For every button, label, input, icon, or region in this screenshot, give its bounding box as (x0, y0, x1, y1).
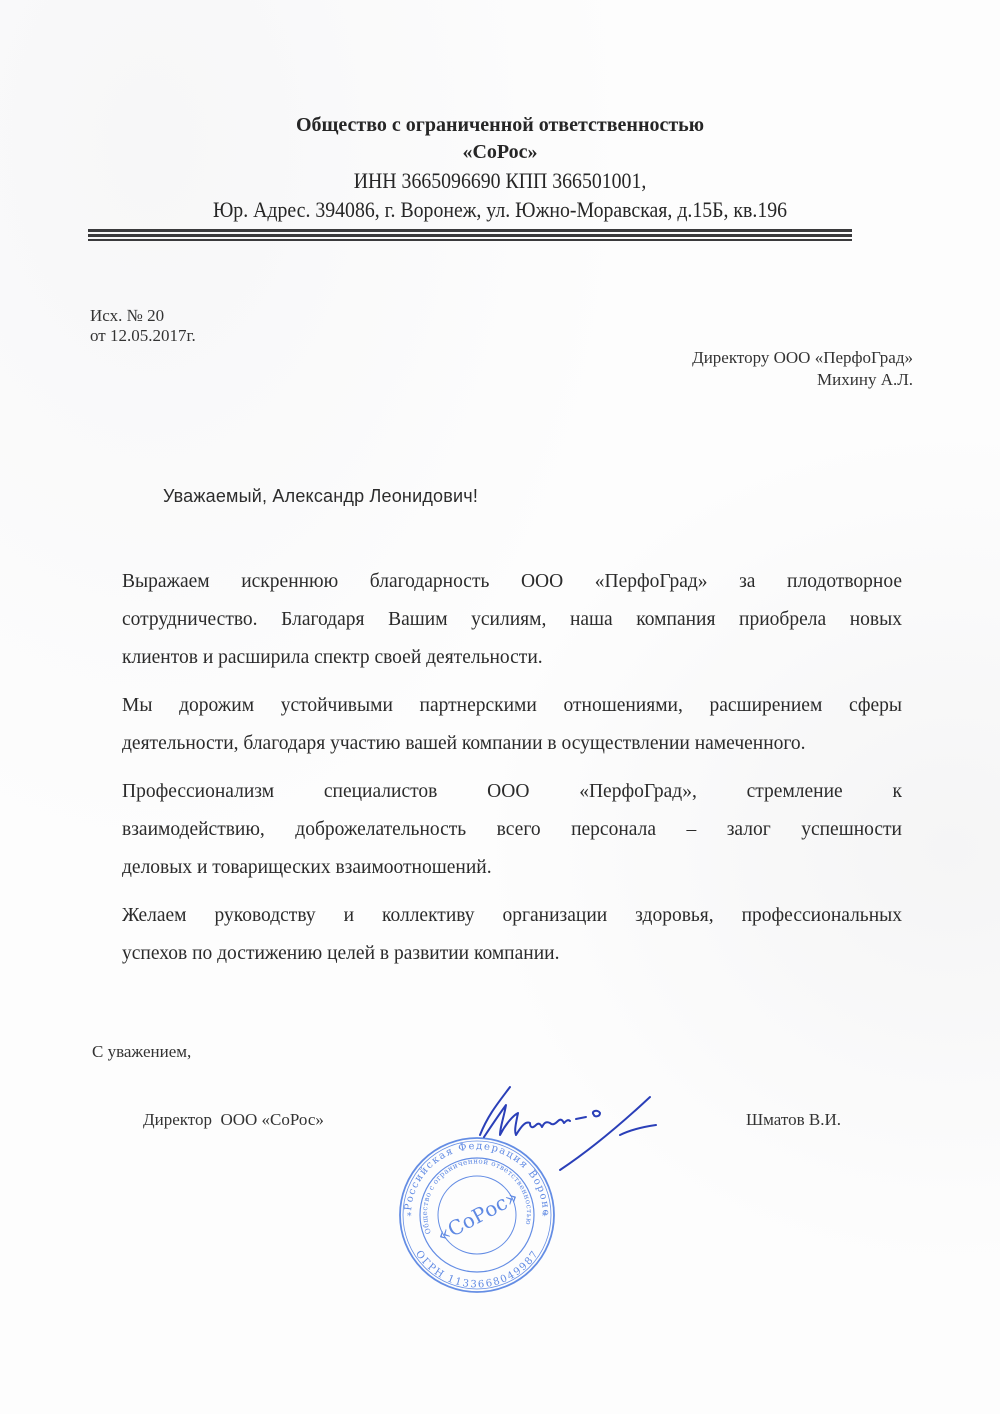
greeting: Уважаемый, Александр Леонидович! (163, 486, 478, 507)
body-line: деловых и товарищеских взаимоотношений. (90, 849, 902, 887)
addressee-name: Михину А.Л. (692, 369, 913, 391)
body-line: Желаем руководству и коллективу организа… (90, 897, 902, 935)
body-line: сотрудничество. Благодаря Вашим усилиям,… (90, 601, 902, 639)
signer-name: Шматов В.И. (746, 1110, 841, 1130)
stamp-ogrn-text: ОГРН 1133668049987 (413, 1249, 541, 1291)
svg-text:*: * (542, 1212, 547, 1222)
letterhead: Общество с ограниченной ответственностью… (0, 112, 1000, 224)
body-line: Выражаем искреннюю благодарность ООО «Пе… (90, 563, 902, 601)
outgoing-date: от 12.05.2017г. (90, 326, 196, 346)
signer-title: Директор ООО «СоРос» (143, 1110, 324, 1130)
body-line: Профессионализм специалистов ООО «ПерфоГ… (90, 773, 902, 811)
letter-body: Выражаем искреннюю благодарность ООО «Пе… (90, 563, 902, 983)
body-paragraph: Выражаем искреннюю благодарность ООО «Пе… (90, 563, 902, 677)
body-line: успехов по достижению целей в развитии к… (90, 935, 902, 973)
outgoing-number: Исх. № 20 (90, 306, 196, 326)
body-paragraph: Желаем руководству и коллективу организа… (90, 897, 902, 973)
org-name: «СоРос» (0, 139, 1000, 166)
org-type: Общество с ограниченной ответственностью (0, 112, 1000, 139)
tax-ids: ИНН 3665096690 КПП 366501001, (50, 166, 950, 195)
body-line: клиентов и расширила спектр своей деятел… (90, 639, 902, 677)
signature-icon (470, 1075, 670, 1175)
outgoing-reference: Исх. № 20 от 12.05.2017г. (90, 306, 196, 346)
closing-regards: С уважением, (92, 1042, 191, 1062)
letter-page: Общество с ограниченной ответственностью… (0, 0, 1000, 1414)
letterhead-divider (88, 229, 852, 242)
body-line: Мы дорожим устойчивыми партнерскими отно… (90, 687, 902, 725)
addressee-position: Директору ООО «ПерфоГрад» (692, 347, 913, 369)
body-line: взаимодействию, доброжелательность всего… (90, 811, 902, 849)
body-paragraph: Профессионализм специалистов ООО «ПерфоГ… (90, 773, 902, 887)
svg-text:*: * (407, 1212, 412, 1222)
body-line: деятельности, благодаря участию вашей ко… (90, 725, 902, 763)
legal-address: Юр. Адрес. 394086, г. Воронеж, ул. Южно-… (50, 195, 950, 224)
body-paragraph: Мы дорожим устойчивыми партнерскими отно… (90, 687, 902, 763)
addressee: Директору ООО «ПерфоГрад» Михину А.Л. (692, 347, 913, 391)
svg-text:ОГРН 1133668049987: ОГРН 1133668049987 (413, 1249, 541, 1291)
